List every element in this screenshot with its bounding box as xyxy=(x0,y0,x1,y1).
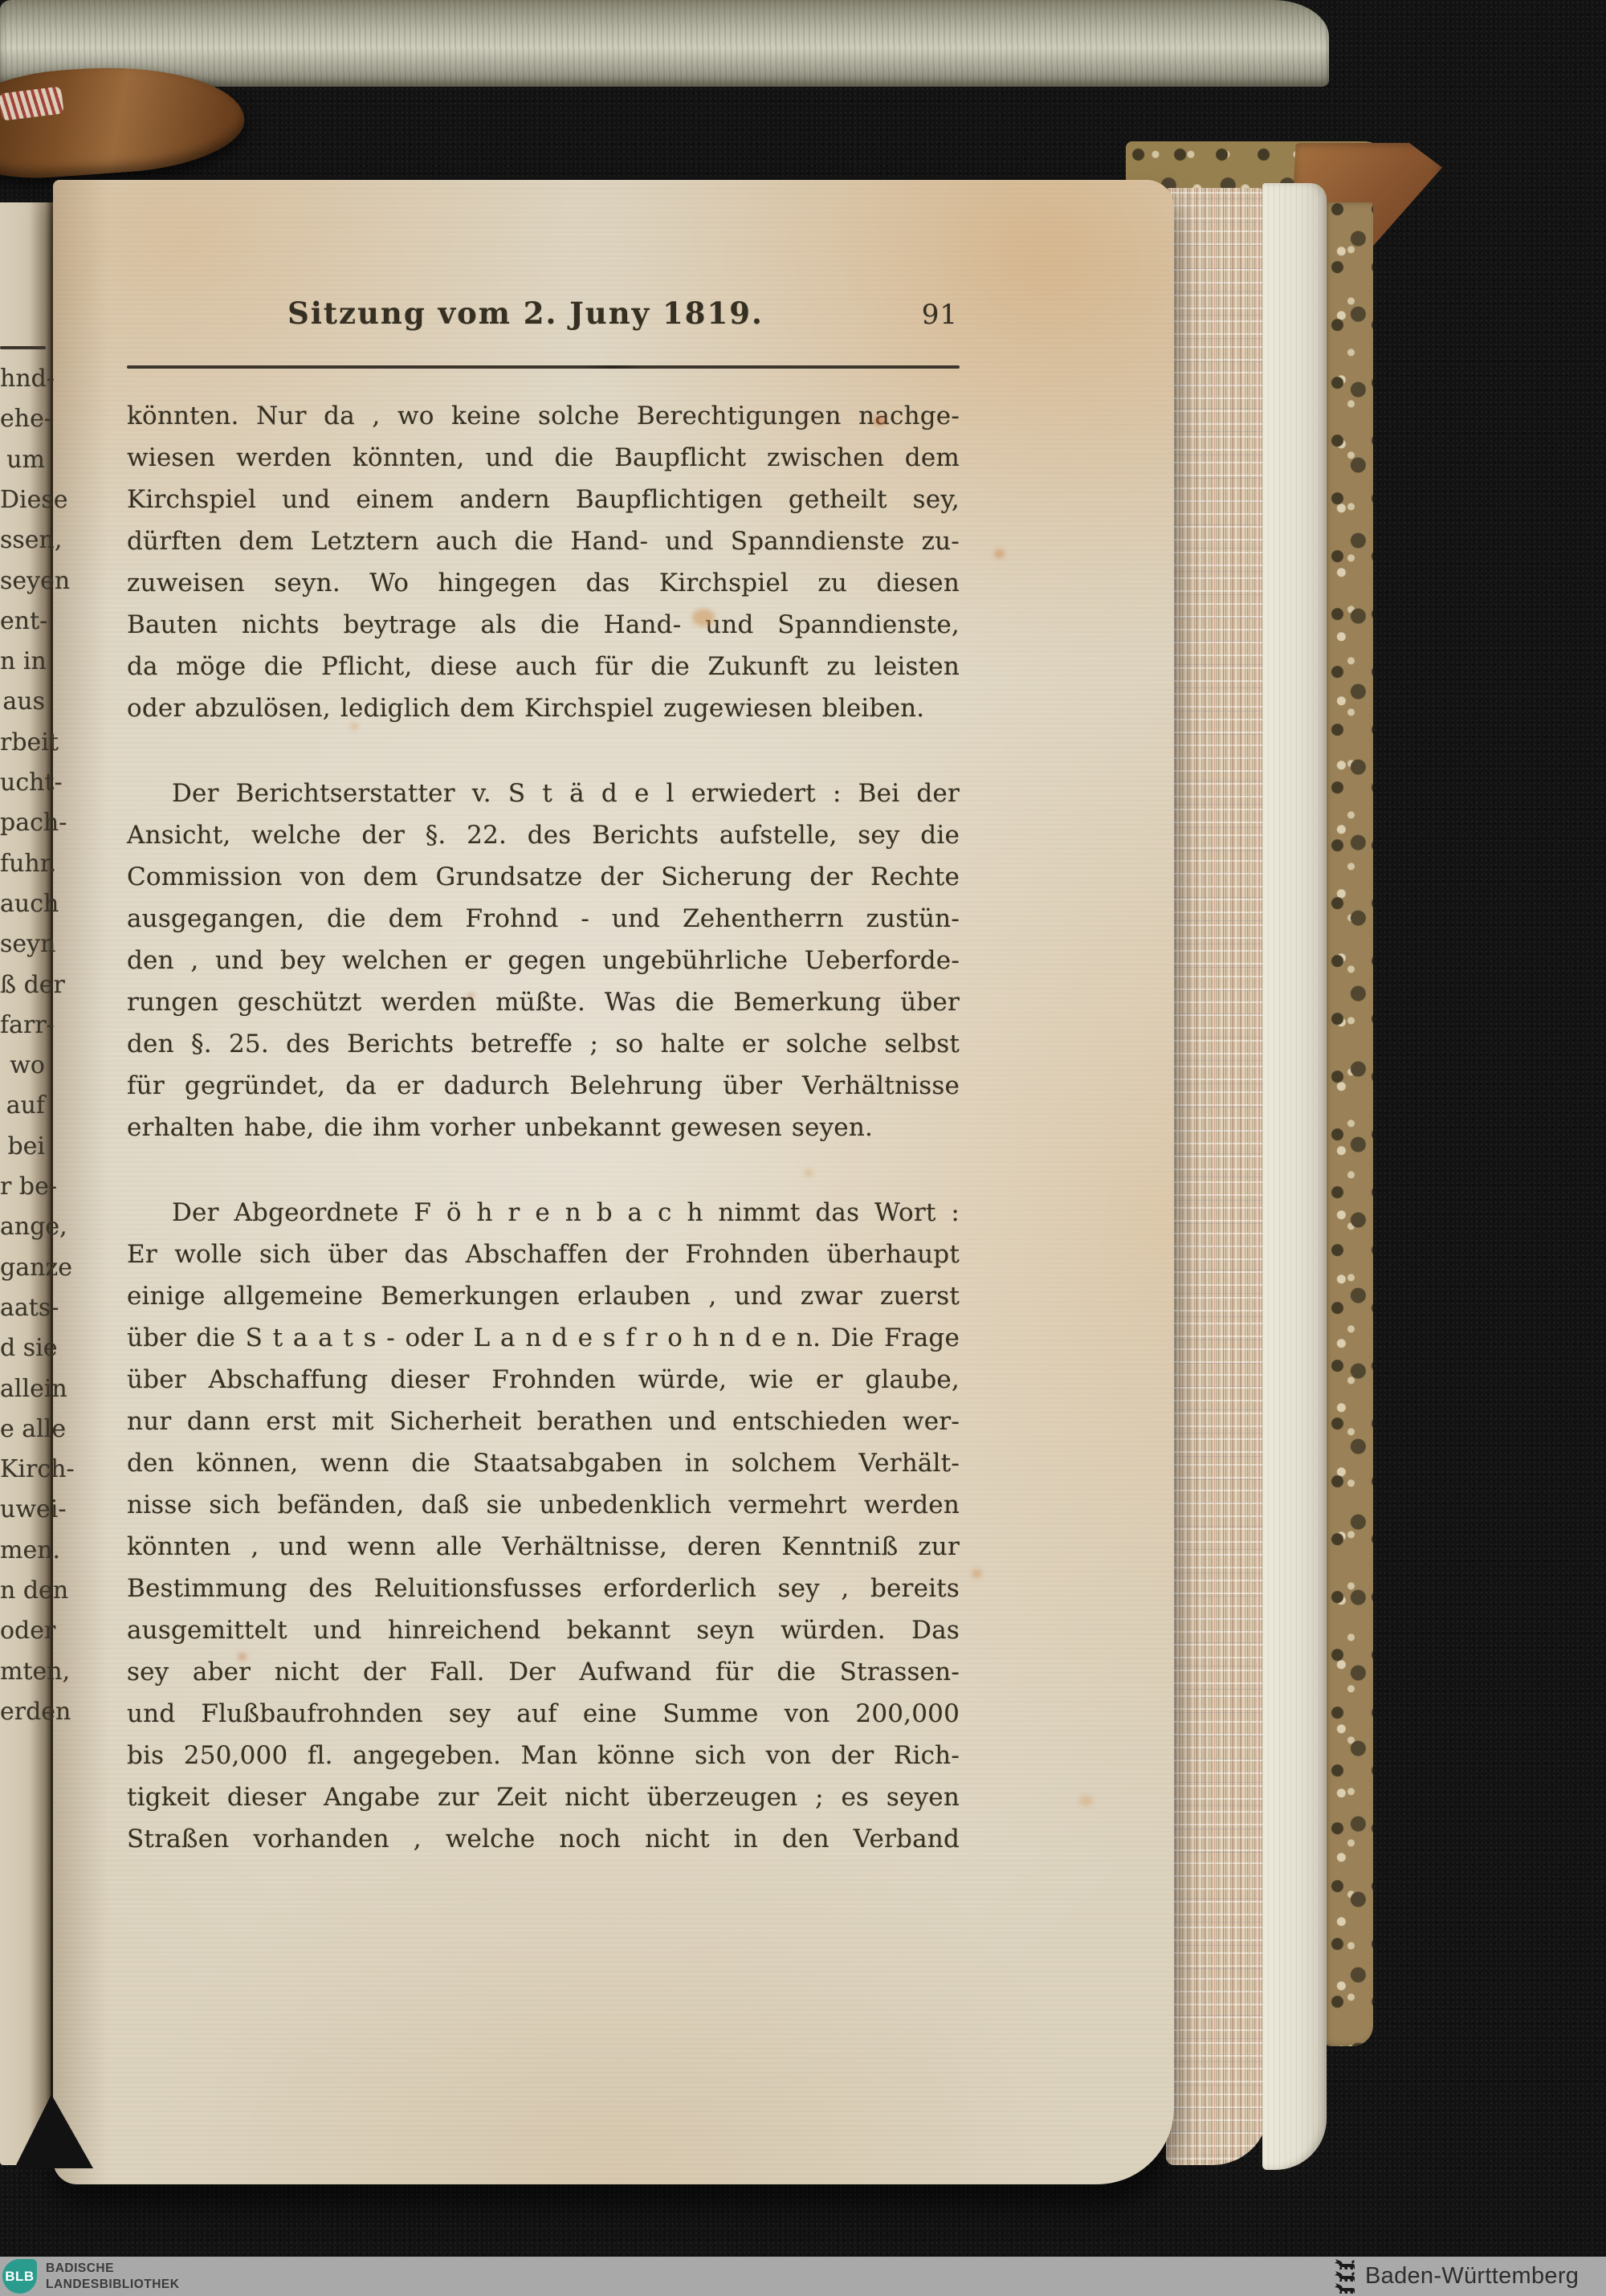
text-line: einige allgemeine Bemerkungen erlauben ,… xyxy=(127,1275,960,1317)
text-line: Ansicht, welche der §. 22. des Berichts … xyxy=(127,814,960,856)
library-footer-bar: BLB BADISCHE LANDESBIBLIOTHEK Baden-Würt… xyxy=(0,2257,1606,2296)
library-name: BADISCHE LANDESBIBLIOTHEK xyxy=(46,2261,179,2293)
text-line: den , und bey welchen er gegen ungebührl… xyxy=(127,940,960,981)
gutter-fragment: um xyxy=(0,444,45,476)
text-line: da möge die Pflicht, diese auch für die … xyxy=(127,646,960,687)
text-line: über Abschaffung dieser Frohnden würde, … xyxy=(127,1359,960,1401)
text-line: Bestimmung des Reluitionsfusses erforder… xyxy=(127,1568,960,1609)
text-line: bis 250,000 fl. angegeben. Man könne sic… xyxy=(127,1735,960,1776)
text-line: zuweisen seyn. Wo hingegen das Kirchspie… xyxy=(127,562,960,604)
scanned-book-photo: hnd-ehe-umDiesessen,seyenent-n inausrbei… xyxy=(0,0,1606,2296)
gutter-fragment: ssen, xyxy=(0,524,45,557)
text-line: den können, wenn die Staatsabgaben in so… xyxy=(127,1442,960,1484)
gutter-fragment: oder xyxy=(0,1615,45,1647)
marbled-cover-edge xyxy=(1323,202,1373,2046)
foxing-spot xyxy=(972,1569,982,1578)
gutter-fragment: pach- xyxy=(0,807,45,839)
gutter-fragment: erden xyxy=(0,1696,45,1728)
gutter-fragment: men. xyxy=(0,1535,45,1567)
text-block: könnten. Nur da , wo keine solche Berech… xyxy=(127,395,960,1860)
gutter-fragment: allein xyxy=(0,1373,45,1405)
gutter-fragment: bei xyxy=(0,1131,45,1163)
fore-edge-page-stack xyxy=(1166,188,1269,2165)
gutter-fragment: ß der xyxy=(0,969,45,1001)
gutter-fragment: ehe- xyxy=(0,403,45,435)
baden-wuerttemberg-lions-icon xyxy=(1335,2259,1355,2294)
text-line: Commission von dem Grundsatze der Sicher… xyxy=(127,856,960,898)
foxing-spot xyxy=(1079,1796,1093,1806)
gutter-fragment: ganze xyxy=(0,1252,45,1284)
gutter-fragments: hnd-ehe-umDiesessen,seyenent-n inausrbei… xyxy=(0,0,47,2296)
book-top-page-edges xyxy=(0,0,1329,87)
text-line: nisse sich befänden, daß sie unbedenklic… xyxy=(127,1484,960,1526)
gutter-fragment: uwei- xyxy=(0,1494,45,1526)
text-line: nur dann erst mit Sicherheit berathen un… xyxy=(127,1401,960,1442)
running-header: Sitzung vom 2. Juny 1819. 91 xyxy=(127,296,960,365)
foxing-spot xyxy=(805,1169,813,1177)
header-rule xyxy=(127,365,960,369)
text-line: Straßen vorhanden , welche noch nicht in… xyxy=(127,1818,960,1860)
gutter-fragment: auch xyxy=(0,888,45,920)
foxing-spot xyxy=(994,549,1005,558)
text-line: dürften dem Letztern auch die Hand- und … xyxy=(127,520,960,562)
text-line: für gegründet, da er dadurch Belehrung ü… xyxy=(127,1065,960,1107)
text-line: könnten , und wenn alle Verhältnisse, de… xyxy=(127,1526,960,1568)
foxing-spot xyxy=(238,1653,247,1661)
gutter-fragment: ent- xyxy=(0,606,45,638)
gutter-fragment: n den xyxy=(0,1575,45,1607)
gutter-fragment: aus xyxy=(0,686,45,718)
paragraph: könnten. Nur da , wo keine solche Berech… xyxy=(127,395,960,729)
gutter-fragment: r be- xyxy=(0,1171,45,1203)
gutter-fragment: n in xyxy=(0,646,45,678)
page-text: Sitzung vom 2. Juny 1819. 91 könnten. Nu… xyxy=(127,296,960,1860)
text-line: über die S t a a t s - oder L a n d e s … xyxy=(127,1317,960,1359)
text-line: tigkeit dieser Angabe zur Zeit nicht übe… xyxy=(127,1776,960,1818)
gutter-fragment: rbeit xyxy=(0,727,45,759)
text-line: könnten. Nur da , wo keine solche Berech… xyxy=(127,395,960,437)
foxing-spot xyxy=(692,609,715,626)
paragraph: Der Abgeordnete F ö h r e n b a c h nimm… xyxy=(127,1192,960,1860)
page-edge-band xyxy=(1262,183,1327,2170)
text-line: oder abzulösen, lediglich dem Kirchspiel… xyxy=(127,687,960,729)
text-line: und Flußbaufrohnden sey auf eine Summe v… xyxy=(127,1693,960,1735)
gutter-fragment: seyn xyxy=(0,928,45,960)
text-line: Er wolle sich über das Abschaffen der Fr… xyxy=(127,1234,960,1275)
text-line: erhalten habe, die ihm vorher unbekannt … xyxy=(127,1107,960,1148)
page-number: 91 xyxy=(922,299,958,331)
gutter-fragment: ange, xyxy=(0,1211,45,1243)
text-line: Bauten nichts beytrage als die Hand- und… xyxy=(127,604,960,646)
foxing-spot xyxy=(467,993,475,999)
foxing-spot xyxy=(874,416,885,426)
text-line: rungen geschützt werden müßte. Was die B… xyxy=(127,981,960,1023)
text-line: ausgegangen, die dem Frohnd - und Zehent… xyxy=(127,898,960,940)
gutter-fragment: Diese xyxy=(0,484,45,516)
text-line: den §. 25. des Berichts betreffe ; so ha… xyxy=(127,1023,960,1065)
gutter-fragment: wo xyxy=(0,1050,45,1082)
gutter-fragment: fuhr. xyxy=(0,848,45,880)
facing-page-rule xyxy=(0,346,46,349)
library-name-line2: LANDESBIBLIOTHEK xyxy=(46,2277,179,2293)
gutter-fragment: ucht- xyxy=(0,767,45,799)
gutter-fragment: d sie xyxy=(0,1332,45,1364)
text-line: sey aber nicht der Fall. Der Aufwand für… xyxy=(127,1651,960,1693)
blb-logo: BLB xyxy=(2,2259,37,2294)
text-line: ausgemittelt und hinreichend bekannt sey… xyxy=(127,1609,960,1651)
foxing-spot xyxy=(350,723,358,730)
gutter-fragment: Kirch- xyxy=(0,1454,45,1486)
gutter-fragment: auf xyxy=(0,1090,45,1122)
text-line: Der Berichtserstatter v. S t ä d e l erw… xyxy=(127,773,960,814)
gutter-fragment: seyen xyxy=(0,565,45,597)
gutter-fragment: mten, xyxy=(0,1656,45,1688)
text-line: Kirchspiel und einem andern Baupflichtig… xyxy=(127,479,960,520)
gutter-fragment: hnd- xyxy=(0,363,45,395)
paragraph: Der Berichtserstatter v. S t ä d e l erw… xyxy=(127,773,960,1148)
library-name-line1: BADISCHE xyxy=(46,2261,179,2277)
page-title: Sitzung vom 2. Juny 1819. xyxy=(127,296,960,331)
gutter-fragment: aats- xyxy=(0,1292,45,1324)
text-line: wiesen werden könnten, und die Baupflich… xyxy=(127,437,960,479)
gutter-fragment: e alle xyxy=(0,1413,45,1446)
state-name: Baden-Württemberg xyxy=(1365,2257,1579,2296)
gutter-fragment: farr- xyxy=(0,1009,45,1042)
text-line: Der Abgeordnete F ö h r e n b a c h nimm… xyxy=(127,1192,960,1234)
